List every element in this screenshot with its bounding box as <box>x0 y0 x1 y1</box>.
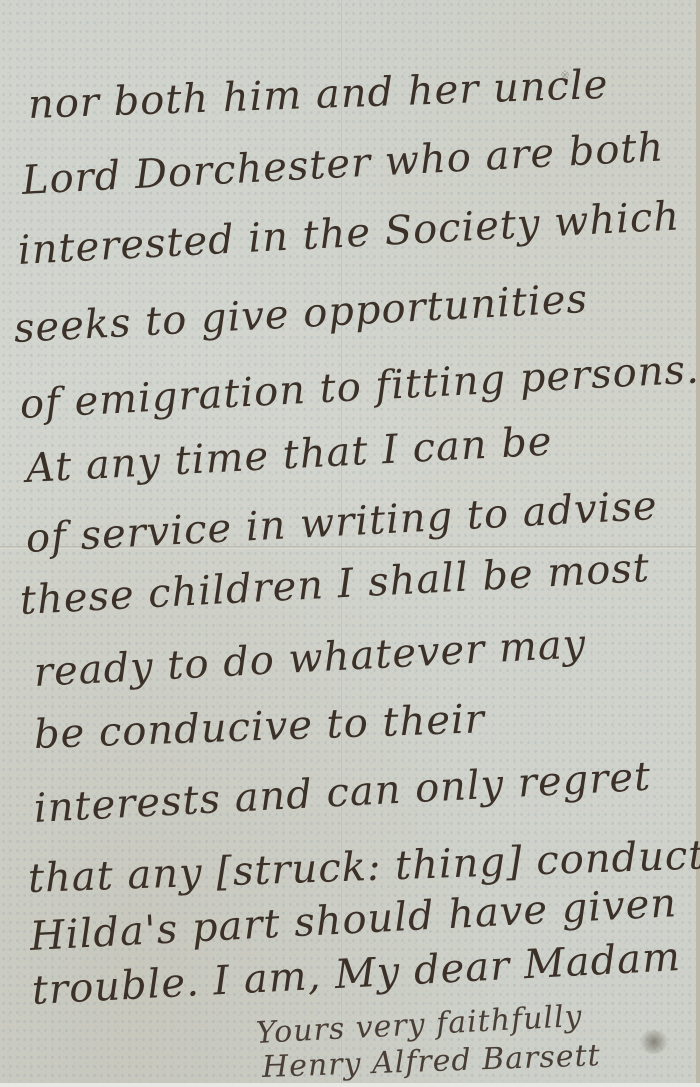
letter-line-5: of emigration to fitting persons. <box>19 346 700 428</box>
letter-line-2: Lord Dorchester who are both <box>21 124 666 204</box>
letter-line-4: seeks to give opportunities <box>13 276 589 352</box>
page-edge-bottom <box>0 1083 700 1087</box>
letter-line-6: At any time that I can be <box>25 418 554 492</box>
ink-blot <box>640 1030 668 1054</box>
letter-line-3: interested in the Society which <box>17 193 681 274</box>
letter-line-10: be conducive to their <box>33 696 485 758</box>
letter-page: ※ nor both him and her uncle Lord Dorche… <box>0 0 700 1087</box>
letter-line-9: ready to do whatever may <box>33 621 588 696</box>
page-edge-right <box>696 0 700 1087</box>
letter-line-1: nor both him and her uncle <box>27 62 609 128</box>
